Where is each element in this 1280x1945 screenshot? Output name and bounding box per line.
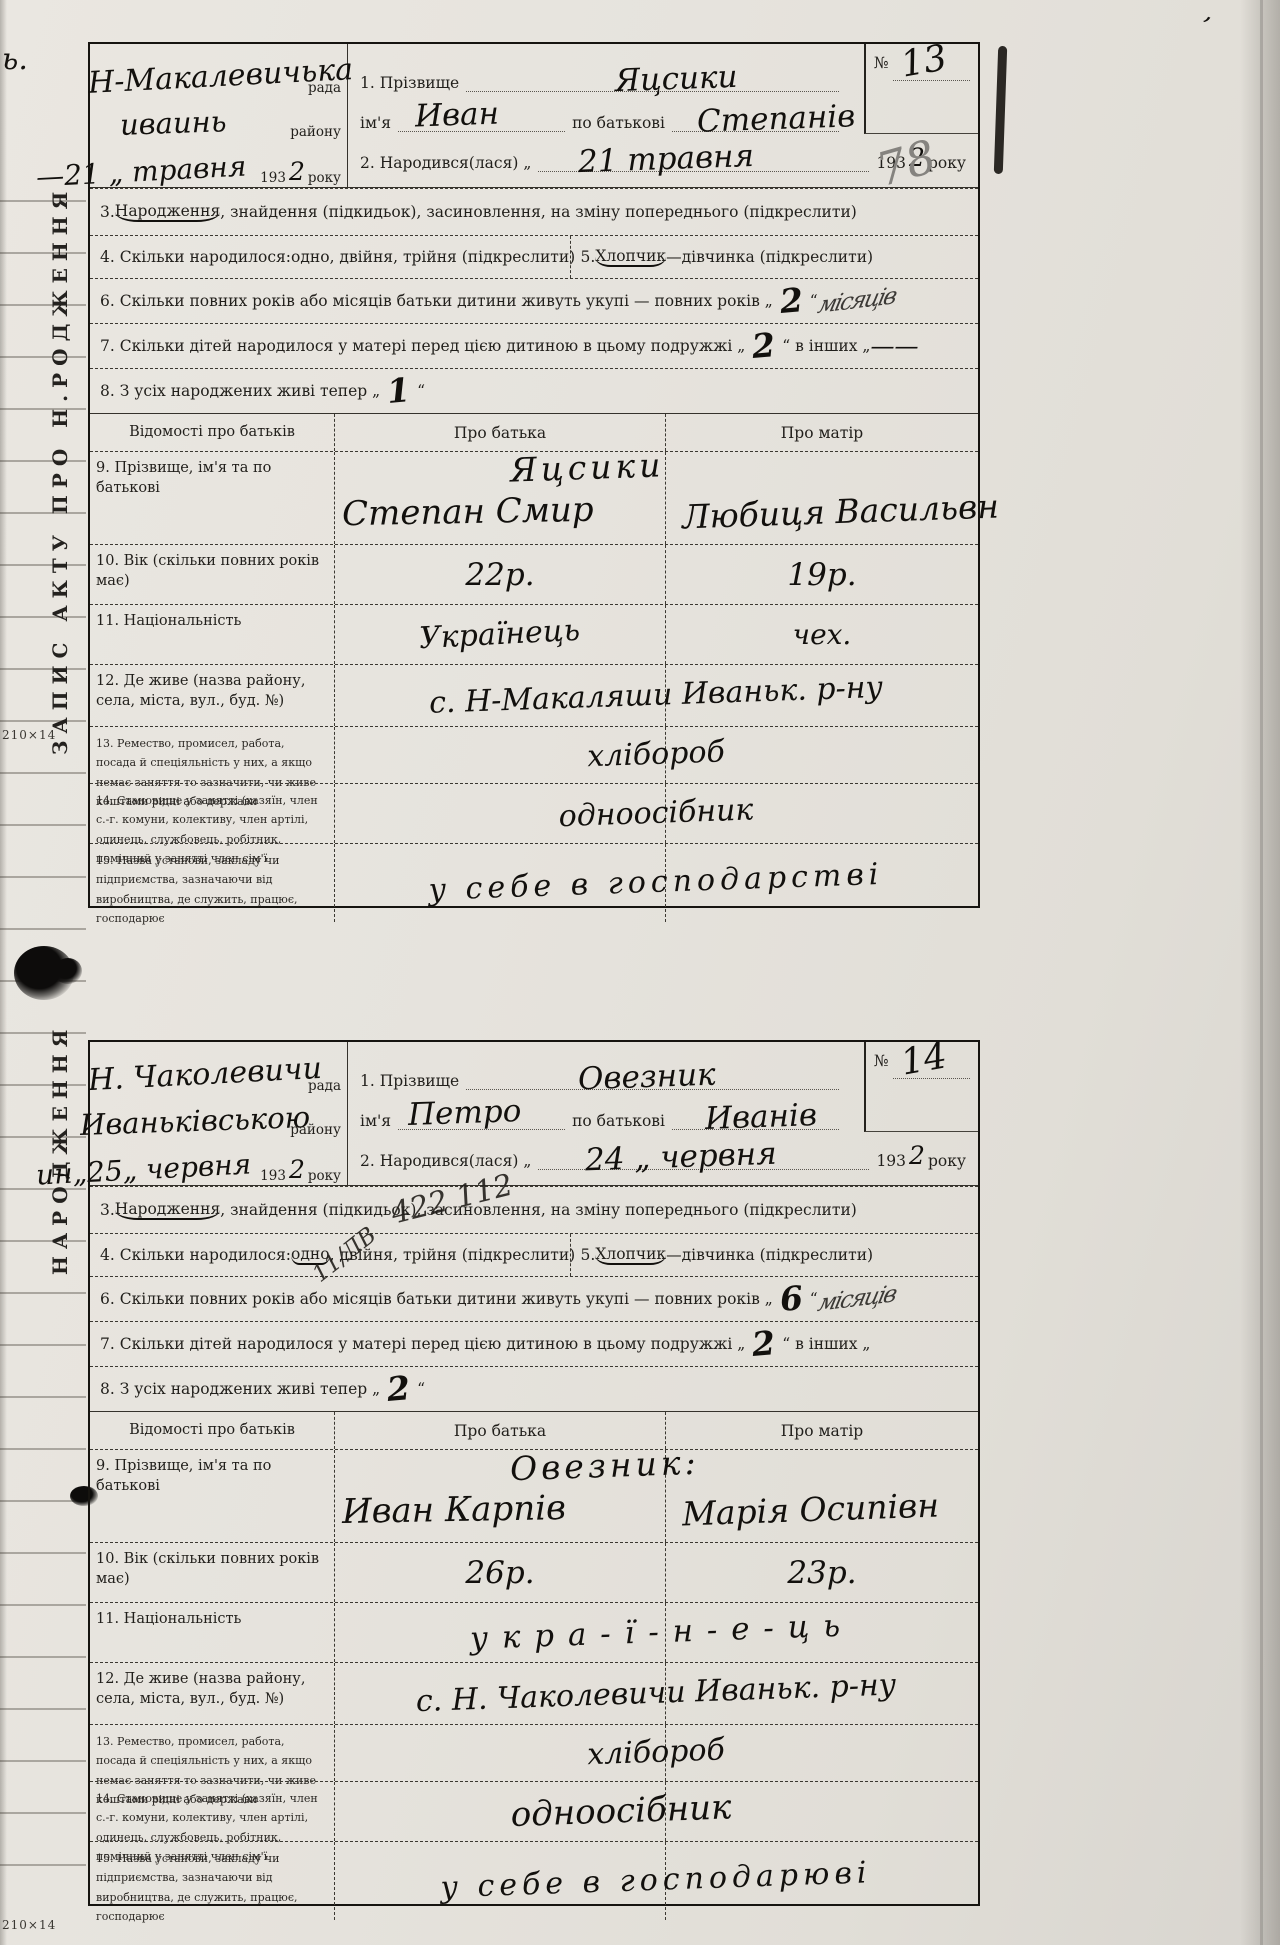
number-sign-label-2: № <box>874 1052 889 1070</box>
form2-row5-underlined-boy: Хлопчик <box>595 1245 666 1265</box>
th-about-mother-2: Про матір <box>781 1422 863 1440</box>
form2-mother-age-value: 23р. <box>787 1555 856 1591</box>
form2-row14-status: 14. Становище у занятті (хазяїн, член с.… <box>90 1781 978 1841</box>
form1-patronymic-field: Степанів <box>672 115 839 132</box>
form2-parents-surname-value: Овезник: <box>509 1443 700 1489</box>
form1-record-number-value: 13 <box>897 37 949 85</box>
row10-label-2: 10. Вік (скільки повних років має) <box>96 1551 319 1587</box>
patronymic-label-2: по батькові <box>572 1112 665 1130</box>
row15-label: 15. Назва установи, закладу чи підприємс… <box>96 854 298 925</box>
form2-district-name-value: Иваньківською <box>79 1100 310 1142</box>
row4-pre: 4. Скільки народилося: <box>100 248 291 266</box>
form2-patronymic-field: Иванів <box>672 1113 839 1130</box>
form2-row9-parents-names: 9. Прізвище, ім'я та по батькові Овезник… <box>90 1449 978 1542</box>
form2-parents-table-header: Відомості про батьків Про батька Про мат… <box>90 1412 978 1449</box>
form1-row7-value: 2 <box>751 332 776 360</box>
form1-row8-value: 1 <box>386 377 411 405</box>
row11-label: 11. Національність <box>96 613 241 629</box>
form2-given-name-field: Петро <box>398 1113 565 1130</box>
form2-number-field: 14 <box>893 1052 970 1079</box>
surname-label-2: 1. Прізвище <box>360 1072 459 1090</box>
row9-label-2: 9. Прізвище, ім'я та по батькові <box>96 1458 271 1494</box>
ink-smear-right-border <box>994 46 1007 174</box>
form2-header-main: 1. Прізвище Овезник ім'я Петро по батько… <box>348 1042 978 1185</box>
form2-birth-year-prefix: 193 <box>876 1152 906 1170</box>
form1-parents-table-header: Відомості про батьків Про батька Про мат… <box>90 414 978 451</box>
patronymic-label: по батькові <box>572 114 665 132</box>
form1-row12-residence: 12. Де живе (назва району, села, міста, … <box>90 664 978 726</box>
given-name-label-2: ім'я <box>360 1112 391 1130</box>
form1-row3-underlined-birth: Народження <box>115 202 220 222</box>
row12-label: 12. Де живе (назва району, села, міста, … <box>96 673 305 709</box>
form1-mother-nationality-value: чех. <box>793 618 852 651</box>
form2-birth-date-value: 24 „ червня <box>584 1136 777 1179</box>
form2-record-number-value: 14 <box>897 1035 949 1083</box>
surname-label: 1. Прізвище <box>360 74 459 92</box>
ink-blot-small <box>54 958 82 984</box>
row6-quote-2: “ <box>810 1290 818 1308</box>
form1-stub-year-digit: 2 <box>289 157 305 186</box>
form1-parents-surname-value: Яцсики <box>509 445 665 489</box>
form1-council-stub: Н-Макалевичька рада иваинь району —21 „ … <box>90 44 348 187</box>
form1-mother-age-value: 19р. <box>787 557 856 593</box>
form1-parents-table: Відомості про батьків Про батька Про мат… <box>90 413 978 922</box>
row5-rest-2: —дівчинка (підкреслити) <box>666 1246 873 1264</box>
form1-row7-other-value: —— <box>870 332 918 360</box>
form1-row15-workplace: 15. Назва установи, закладу чи підприємс… <box>90 843 978 922</box>
row5-rest: —дівчинка (підкреслити) <box>666 248 873 266</box>
row7-mid-label-2: “ в інших „ <box>782 1335 870 1353</box>
birth-record-form-2: Н. Чаколевичи рада Иваньківською району … <box>88 1040 980 1906</box>
print-code-top: 210×14 <box>2 728 56 742</box>
th-about-father: Про батька <box>454 424 546 442</box>
form2-row4-5: 4. Скільки народилося: одно, двійня, трі… <box>90 1233 978 1276</box>
row4-pre-2: 4. Скільки народилося: <box>100 1246 291 1264</box>
print-code-bottom: 210×14 <box>2 1918 56 1932</box>
th-parents-info: Відомості про батьків <box>129 423 295 441</box>
born-label: 2. Народився(лася) „ <box>360 154 531 172</box>
row7-mid-label: “ в інших „ <box>782 337 870 355</box>
row6-label-2: 6. Скільки повних років або місяців бать… <box>100 1290 773 1308</box>
form1-number-field: 13 <box>893 54 970 81</box>
row8-label: 8. З усіх народжених живі тепер „ <box>100 382 380 400</box>
form2-header: Н. Чаколевичи рада Иваньківською району … <box>90 1042 978 1186</box>
row8-quote-2: “ <box>417 1380 425 1398</box>
form1-given-name-field: Иван <box>398 115 565 132</box>
form2-birth-year-digit: 2 <box>909 1141 925 1170</box>
form2-father-age-value: 26р. <box>465 1555 534 1591</box>
form1-row7-previous-children: 7. Скільки дітей народилося у матері пер… <box>90 323 978 368</box>
row5-number: 5. <box>581 248 596 266</box>
form1-row4-5: 4. Скільки народилося: одно, двійня, трі… <box>90 235 978 278</box>
row6-quote: “ <box>810 292 818 310</box>
notebook-ruled-lines <box>0 150 86 1880</box>
form2-parents-table: Відомості про батьків Про батька Про мат… <box>90 1411 978 1920</box>
row11-label-2: 11. Національність <box>96 1611 241 1627</box>
form2-row6-years-together: 6. Скільки повних років або місяців бать… <box>90 1276 978 1321</box>
row15-label-2: 15. Назва установи, закладу чи підприємс… <box>96 1852 298 1923</box>
form1-row9-parents-names: 9. Прізвище, ім'я та по батькові Яцсики … <box>90 451 978 544</box>
form2-stub-year: 1932року <box>260 1155 341 1184</box>
row3-rest-2: , знайдення (підкидьок), засиновлення, н… <box>220 1201 857 1219</box>
form1-birth-date-field: 21 травня <box>538 155 869 172</box>
row8-label-2: 8. З усіх народжених живі тепер „ <box>100 1380 380 1398</box>
form2-row6-scribble: місяців <box>815 1281 898 1317</box>
form1-row14-status: 14. Становище у занятті (хазяїн, член с.… <box>90 783 978 843</box>
torn-left-edge <box>0 0 7 1945</box>
form1-row5-underlined-boy: Хлопчик <box>595 247 666 267</box>
form1-row11-nationality: 11. Національність Українець чех. <box>90 604 978 664</box>
form2-council-name-value: Н. Чаколевичи <box>87 1051 322 1098</box>
row7-label-2: 7. Скільки дітей народилося у матері пер… <box>100 1335 745 1353</box>
form1-header-main: 1. Прізвище Яцсики ім'я Иван по батькові… <box>348 44 978 187</box>
form2-row7-previous-children: 7. Скільки дітей народилося у матері пер… <box>90 1321 978 1366</box>
form1-stub-year: 1932року <box>260 157 341 186</box>
form1-row5-sex: 5. Хлопчик—дівчинка (підкреслити) <box>570 236 978 278</box>
number-sign-label: № <box>874 54 889 72</box>
form2-row7-value: 2 <box>751 1330 776 1358</box>
form1-father-name-value: Степан Смир <box>342 490 594 534</box>
vertical-register-title-form1: ЗАПИС АКТУ ПРО Н.РОДЖЕННЯ <box>48 195 72 755</box>
form1-row13-occupation: 13. Ремество, промисел, работа, посада й… <box>90 726 978 783</box>
row3-rest: , знайдення (підкидьок), засиновлення, н… <box>220 203 857 221</box>
form1-row4-multiplicity: 4. Скільки народилося: одно, двійня, трі… <box>90 236 570 278</box>
form1-row4-odno: одно <box>291 248 330 266</box>
vertical-register-title-form2: НАРОДЖЕННЯ <box>48 995 72 1275</box>
row8-quote: “ <box>417 382 425 400</box>
form1-father-age-value: 22р. <box>465 557 534 593</box>
form1-birth-date-value: 21 травня <box>578 138 755 180</box>
form2-row5-sex: 5. Хлопчик—дівчинка (підкреслити) <box>570 1234 978 1276</box>
row9-label: 9. Прізвище, ім'я та по батькові <box>96 460 271 496</box>
row3-number: 3. <box>100 203 115 221</box>
form2-row8-alive-now: 8. З усіх народжених живі тепер „ 2 “ <box>90 1366 978 1411</box>
form2-row3-birth-type: 3. Народження, знайдення (підкидьок), за… <box>90 1186 978 1233</box>
district-label: району <box>290 124 341 140</box>
form2-row8-value: 2 <box>386 1375 411 1403</box>
page-edge-line <box>1260 0 1263 1945</box>
form1-row10-age: 10. Вік (скільки повних років має) 22р. … <box>90 544 978 604</box>
form2-row12-residence: 12. Де живе (назва району, села, міста, … <box>90 1662 978 1724</box>
row12-label-2: 12. Де живе (назва району, села, міста, … <box>96 1671 305 1707</box>
form1-surname-field: Яцсики <box>466 75 839 92</box>
form2-row13-occupation: 13. Ремество, промисел, работа, посада й… <box>90 1724 978 1781</box>
form2-birth-date-field: 24 „ червня <box>538 1153 869 1170</box>
row7-label: 7. Скільки дітей народилося у матері пер… <box>100 337 745 355</box>
form1-row6-value: 2 <box>779 287 804 315</box>
form1-header: Н-Макалевичька рада иваинь району —21 „ … <box>90 44 978 188</box>
form1-given-name-value: Иван <box>414 96 499 135</box>
form2-birth-year-suffix: року <box>928 1152 966 1170</box>
given-name-label: ім'я <box>360 114 391 132</box>
row3-number-2: 3. <box>100 1201 115 1219</box>
form2-row11-nationality: 11. Національність у к р а - ї - н - е -… <box>90 1602 978 1662</box>
form2-row10-age: 10. Вік (скільки повних років має) 26р. … <box>90 1542 978 1602</box>
row6-label: 6. Скільки повних років або місяців бать… <box>100 292 773 310</box>
form1-father-nationality-value: Українець <box>419 613 582 656</box>
form2-given-name-value: Петро <box>407 1093 521 1133</box>
birth-record-form-1: Н-Макалевичька рада иваинь району —21 „ … <box>88 42 980 908</box>
form2-council-stub: Н. Чаколевичи рада Иваньківською району … <box>90 1042 348 1185</box>
form2-row3-underlined-birth: Народження <box>115 1200 220 1220</box>
th-about-father-2: Про батька <box>454 1422 546 1440</box>
form2-row15-workplace: 15. Назва установи, закладу чи підприємс… <box>90 1841 978 1920</box>
form2-stub-year-digit: 2 <box>289 1155 305 1184</box>
form1-district-name-value: иваинь <box>119 104 227 142</box>
scanned-birth-register-page: { "page": { "paper_color": "#e7e4de", "i… <box>0 0 1280 1945</box>
form2-record-number-box: № 14 <box>864 1042 978 1132</box>
row5-number-2: 5. <box>581 1246 596 1264</box>
stray-handwriting-top-left: ь. <box>2 42 28 77</box>
form1-row8-alive-now: 8. З усіх народжених живі тепер „ 1 “ <box>90 368 978 413</box>
form1-record-number-box: № 13 <box>864 44 978 134</box>
row4-rest: , двійня, трійня (підкреслити) <box>330 248 576 266</box>
row10-label: 10. Вік (скільки повних років має) <box>96 553 319 589</box>
th-parents-info-2: Відомості про батьків <box>129 1421 295 1439</box>
form2-father-name-value: Иван Карпів <box>342 1488 566 1532</box>
form2-row6-value: 6 <box>779 1285 804 1313</box>
th-about-mother: Про матір <box>781 424 863 442</box>
form1-row6-years-together: 6. Скільки повних років або місяців бать… <box>90 278 978 323</box>
form1-row3-birth-type: 3. Народження, знайдення (підкидьок), за… <box>90 188 978 235</box>
form1-row6-scribble: місяців <box>815 283 898 319</box>
form2-surname-field: Овезник <box>466 1073 839 1090</box>
stray-mark-top-right: ’ <box>1195 11 1213 42</box>
